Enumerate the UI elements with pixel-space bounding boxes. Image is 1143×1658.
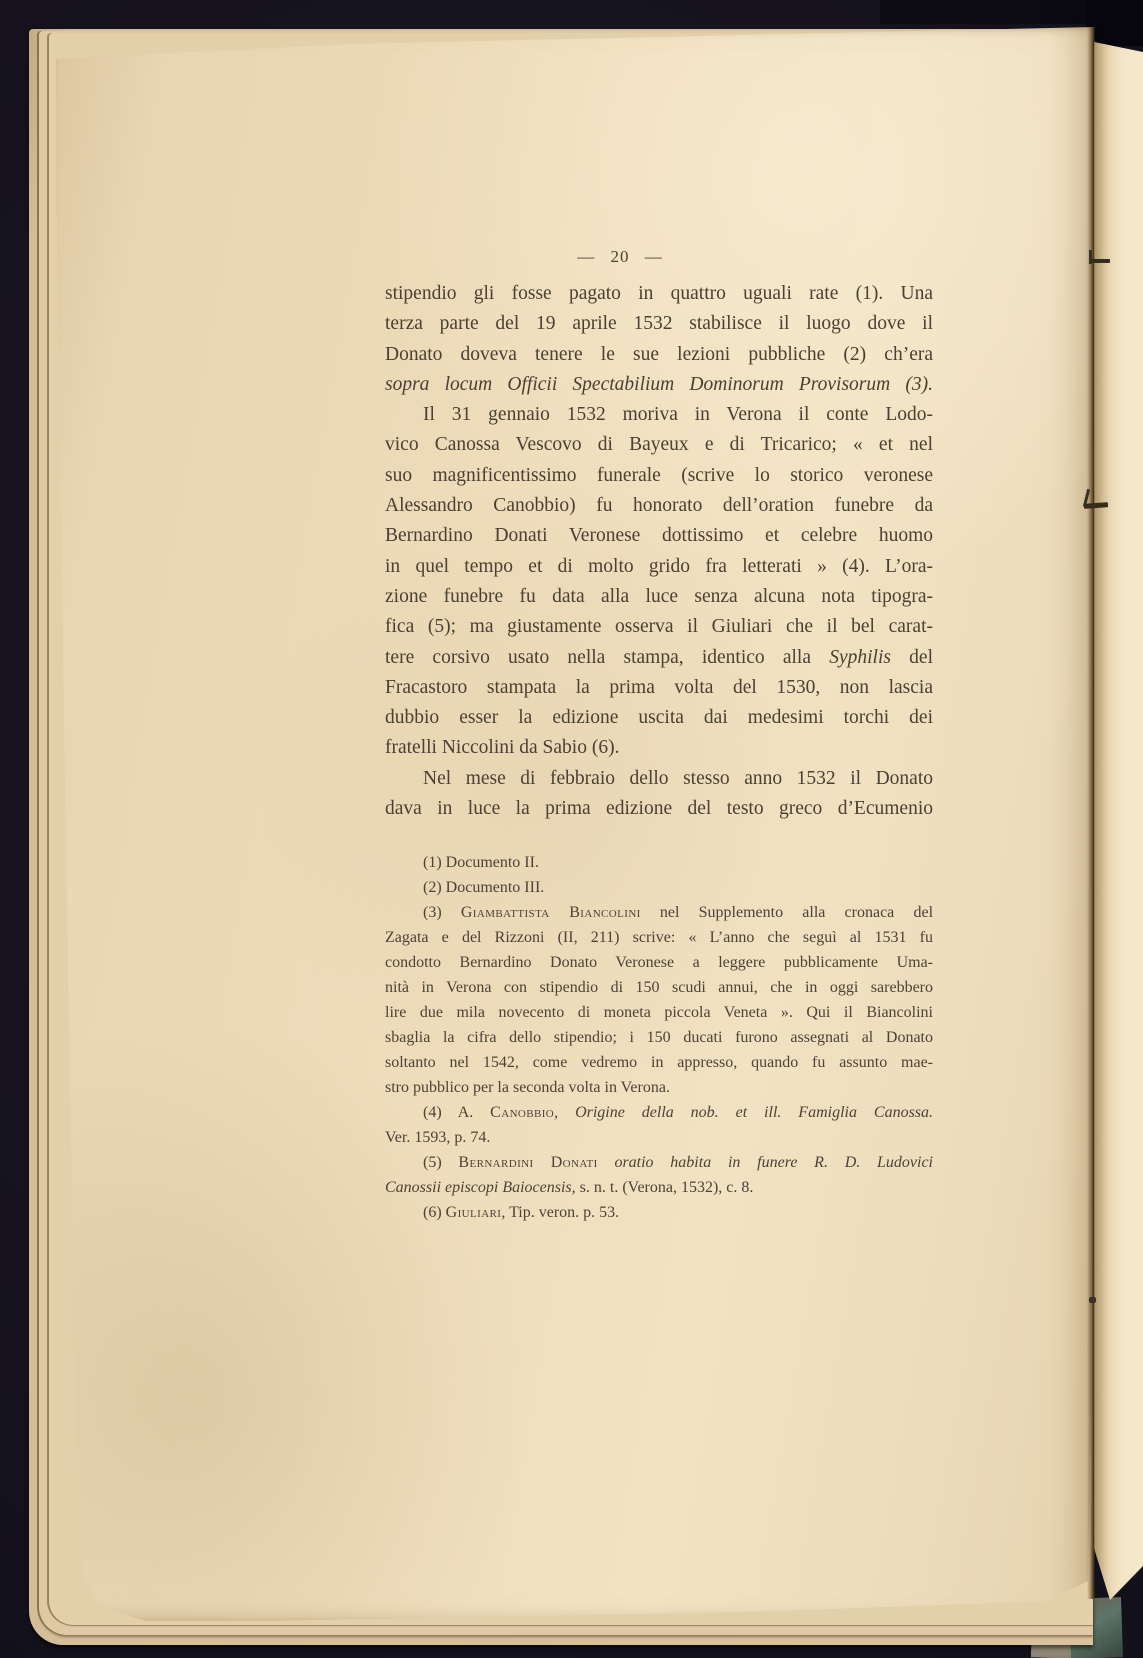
text-segment: del xyxy=(891,647,933,668)
text-segment: sopra locum Officii Spectabilium Dominor… xyxy=(385,374,933,395)
text-line: lire due mila novecento di moneta piccol… xyxy=(385,1000,933,1025)
text-segment: in quel tempo et di molto grido fra lett… xyxy=(385,556,933,577)
text-line: Canossii episcopi Baiocensis, s. n. t. (… xyxy=(385,1175,933,1200)
text-segment: fratelli Niccolini da Sabio (6). xyxy=(385,737,619,758)
text-line: dubbio esser la edizione uscita dai mede… xyxy=(385,703,933,733)
text-line: Nel mese di febbraio dello stesso anno 1… xyxy=(385,764,933,794)
text-segment: soltanto nel 1542, come vedremo in appre… xyxy=(385,1054,933,1071)
text-line: Zagata e del Rizzoni (II, 211) scrive: «… xyxy=(385,925,933,950)
text-line: vico Canossa Vescovo di Bayeux e di Tric… xyxy=(385,430,933,460)
scanned-book-photo: — 20 — stipendio gli fosse pagato in qua… xyxy=(0,0,1143,1658)
text-segment: lire due mila novecento di moneta piccol… xyxy=(385,1004,933,1021)
text-segment: nità in Verona con stipendio di 150 scud… xyxy=(385,979,933,996)
text-line: zione funebre fu data alla luce senza al… xyxy=(385,582,933,612)
text-line: tere corsivo usato nella stampa, identic… xyxy=(385,643,933,673)
text-line: (6) Giuliari, Tip. veron. p. 53. xyxy=(385,1200,933,1225)
text-line: stro pubblico per la seconda volta in Ve… xyxy=(385,1075,933,1100)
text-segment: Nel mese di febbraio dello stesso anno 1… xyxy=(423,768,933,789)
text-segment: stro pubblico per la seconda volta in Ve… xyxy=(385,1079,670,1096)
facing-page-sliver xyxy=(1094,34,1143,1600)
text-line: Bernardino Donati Veronese dottissimo et… xyxy=(385,521,933,551)
text-segment: zione funebre fu data alla luce senza al… xyxy=(385,586,933,607)
text-line: sbaglia la cifra dello stipendio; i 150 … xyxy=(385,1025,933,1050)
text-segment xyxy=(598,1154,615,1171)
text-segment: Giambattista Biancolini xyxy=(461,904,641,921)
text-line: fratelli Niccolini da Sabio (6). xyxy=(385,733,933,763)
text-segment: tere corsivo usato nella stampa, identic… xyxy=(385,647,829,668)
text-line: Donato doveva tenere le sue lezioni pubb… xyxy=(385,340,933,370)
text-segment: (1) Documento II. xyxy=(423,854,539,871)
text-line: stipendio gli fosse pagato in quattro ug… xyxy=(385,279,933,309)
text-line: suo magnificentissimo funerale (scrive l… xyxy=(385,461,933,491)
text-segment: dubbio esser la edizione uscita dai mede… xyxy=(385,707,933,728)
text-segment: Syphilis xyxy=(829,647,891,668)
text-segment: (6) xyxy=(423,1204,446,1221)
text-segment: Giuliari xyxy=(446,1204,502,1221)
footnotes-text: (1) Documento II.(2) Documento III.(3) G… xyxy=(385,850,933,1225)
text-segment: Canobbio xyxy=(490,1104,554,1121)
text-segment: (2) Documento III. xyxy=(423,879,544,896)
text-line: (5) Bernardini Donati oratio habita in f… xyxy=(385,1150,933,1175)
text-line: (3) Giambattista Biancolini nel Suppleme… xyxy=(385,900,933,925)
text-line: (2) Documento III. xyxy=(385,875,933,900)
text-segment: Bernardini Donati xyxy=(458,1154,597,1171)
text-line: Ver. 1593, p. 74. xyxy=(385,1125,933,1150)
text-line: Fracastoro stampata la prima volta del 1… xyxy=(385,673,933,703)
text-segment: Zagata e del Rizzoni (II, 211) scrive: «… xyxy=(385,929,933,946)
text-segment: fica (5); ma giustamente osserva il Giul… xyxy=(385,616,933,637)
text-segment: Bernardino Donati Veronese dottissimo et… xyxy=(385,525,933,546)
text-line: in quel tempo et di molto grido fra lett… xyxy=(385,552,933,582)
text-segment: Origine della nob. et ill. Famiglia Cano… xyxy=(575,1104,933,1121)
text-segment: (3) xyxy=(423,904,461,921)
text-segment: sbaglia la cifra dello stipendio; i 150 … xyxy=(385,1029,933,1046)
text-segment: Canossii episcopi Baiocensis, xyxy=(385,1179,576,1196)
text-segment: , Tip. veron. p. 53. xyxy=(501,1204,619,1221)
text-segment: Ver. 1593, p. 74. xyxy=(385,1129,490,1146)
text-segment: terza parte del 19 aprile 1532 stabilisc… xyxy=(385,313,933,334)
text-segment: Alessandro Canobbio) fu honorato dell’or… xyxy=(385,495,933,516)
body-text: stipendio gli fosse pagato in quattro ug… xyxy=(385,279,933,824)
text-line: fica (5); ma giustamente osserva il Giul… xyxy=(385,612,933,642)
text-segment: Fracastoro stampata la prima volta del 1… xyxy=(385,677,933,698)
text-line: Alessandro Canobbio) fu honorato dell’or… xyxy=(385,491,933,521)
text-segment: suo magnificentissimo funerale (scrive l… xyxy=(385,465,933,486)
text-line: dava in luce la prima edizione del testo… xyxy=(385,794,933,824)
text-line: Il 31 gennaio 1532 moriva in Verona il c… xyxy=(385,400,933,430)
text-segment: Il 31 gennaio 1532 moriva in Verona il c… xyxy=(423,404,933,425)
text-segment: condotto Bernardino Donato Veronese a le… xyxy=(385,954,933,971)
text-line: terza parte del 19 aprile 1532 stabilisc… xyxy=(385,309,933,339)
text-line: soltanto nel 1542, come vedremo in appre… xyxy=(385,1050,933,1075)
text-segment: oratio habita in funere R. D. Ludovici xyxy=(614,1154,933,1171)
text-segment: dava in luce la prima edizione del testo… xyxy=(385,798,933,819)
text-line: sopra locum Officii Spectabilium Dominor… xyxy=(385,370,933,400)
text-segment: s. n. t. (Verona, 1532), c. 8. xyxy=(576,1179,754,1196)
text-line: (4) A. Canobbio, Origine della nob. et i… xyxy=(385,1100,933,1125)
text-line: condotto Bernardino Donato Veronese a le… xyxy=(385,950,933,975)
text-segment: vico Canossa Vescovo di Bayeux e di Tric… xyxy=(385,434,933,455)
stitch-mark-icon xyxy=(1089,1297,1096,1303)
page-number: — 20 — xyxy=(385,247,855,267)
text-line: nità in Verona con stipendio di 150 scud… xyxy=(385,975,933,1000)
text-segment: stipendio gli fosse pagato in quattro ug… xyxy=(385,283,933,304)
text-segment: , xyxy=(554,1104,575,1121)
text-segment: (5) xyxy=(423,1154,458,1171)
stitch-mark-icon xyxy=(1091,259,1110,263)
text-segment: Donato doveva tenere le sue lezioni pubb… xyxy=(385,344,933,365)
text-segment: nel Supplemento alla cronaca del xyxy=(641,904,933,921)
text-line: (1) Documento II. xyxy=(385,850,933,875)
text-segment: (4) A. xyxy=(423,1104,490,1121)
